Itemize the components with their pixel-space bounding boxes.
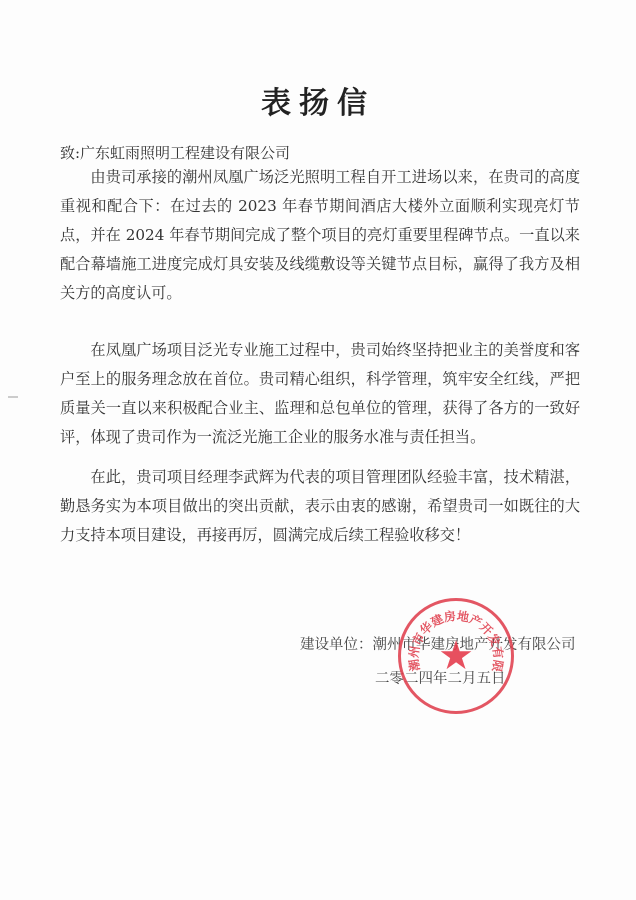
paragraph-text: 在此，贵司项目经理李武辉为代表的项目管理团队经验丰富，技术精湛，勤恳务实为本项目… [60,463,580,550]
letter-title: 表扬信 [0,78,636,122]
recipient-line: 致:广东虹雨照明工程建设有限公司 [60,142,290,163]
paragraph-text: 由贵司承接的潮州凤凰广场泛光照明工程自开工进场以来，在贵司的高度重视和配合下：在… [60,163,580,308]
paragraph-2: 在凤凰广场项目泛光专业施工过程中，贵司始终坚持把业主的美誉度和客户至上的服务理念… [60,336,580,461]
star-icon: ★ [435,635,477,677]
paragraph-3: 在此，贵司项目经理李武辉为代表的项目管理团队经验丰富，技术精湛，勤恳务实为本项目… [60,463,580,559]
scan-mark [8,396,18,398]
company-seal: 潮州市华建房地产开发有限公司 ★ [398,598,514,714]
paragraph-text: 在凤凰广场项目泛光专业施工过程中，贵司始终坚持把业主的美誉度和客户至上的服务理念… [60,336,580,452]
paragraph-1: 由贵司承接的潮州凤凰广场泛光照明工程自开工进场以来，在贵司的高度重视和配合下：在… [60,163,580,317]
